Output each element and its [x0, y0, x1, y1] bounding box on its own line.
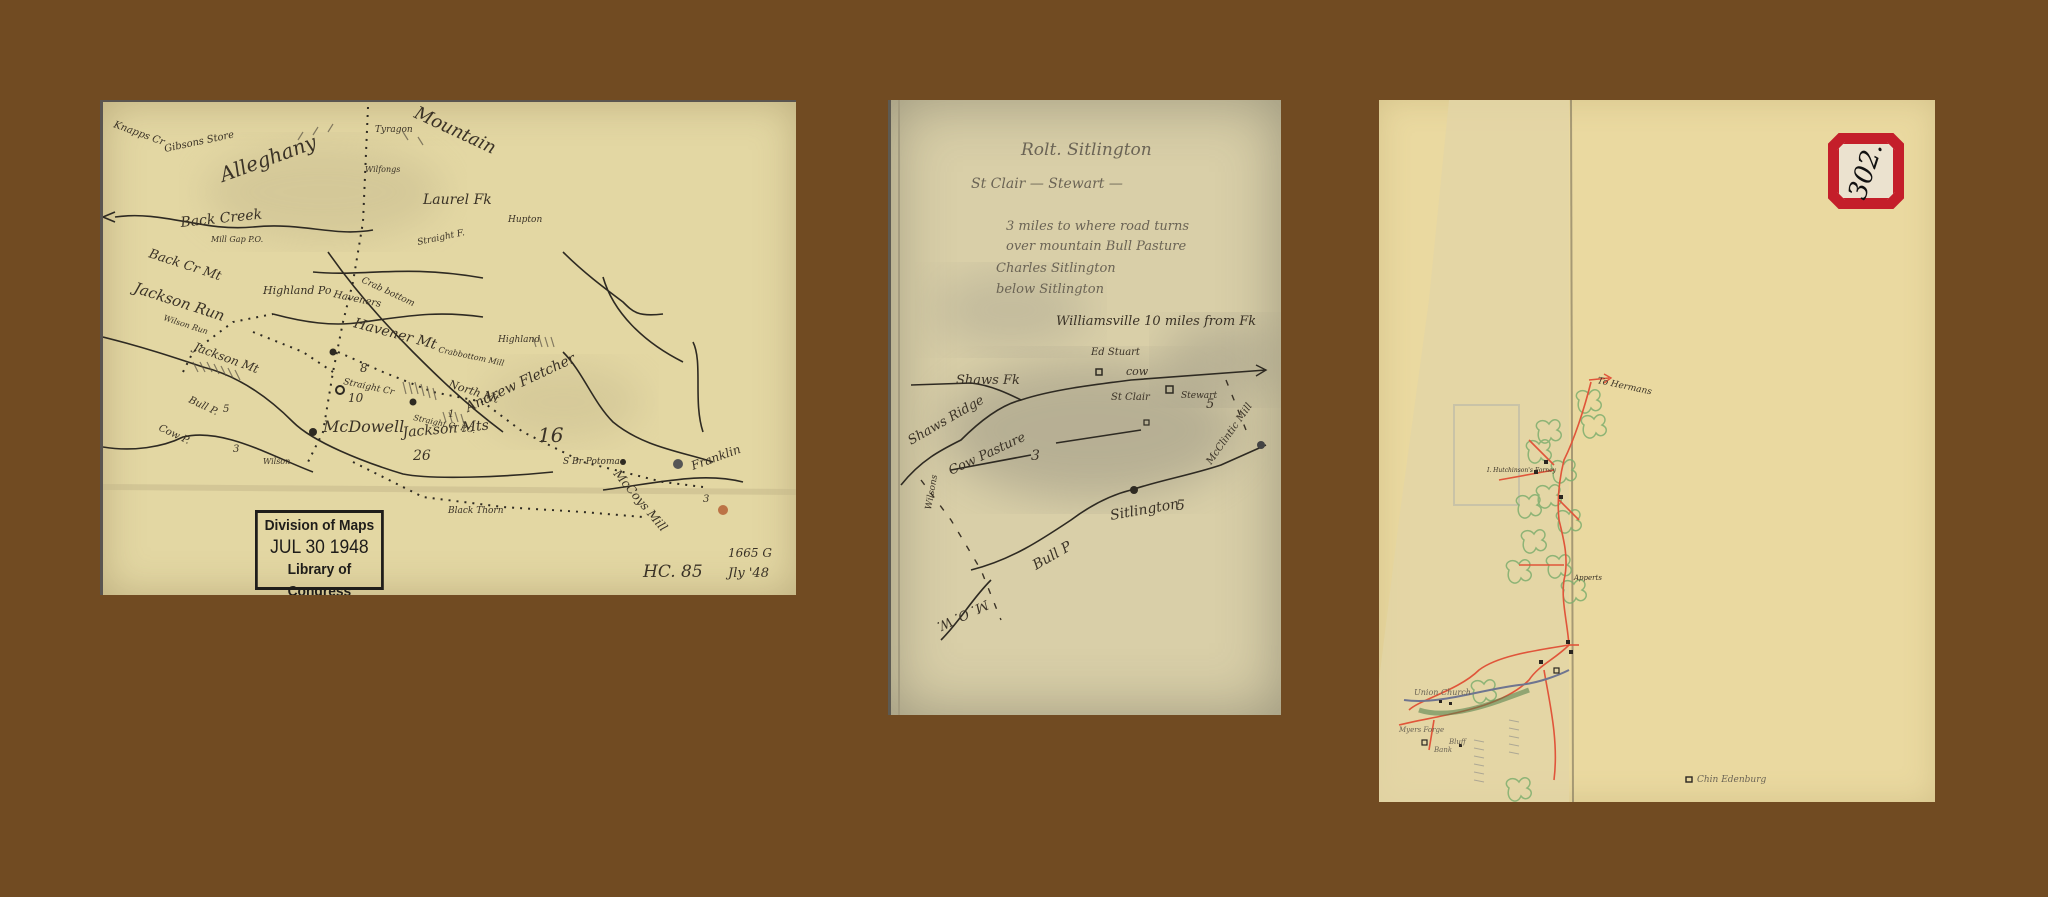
map-label: Cow Pasture	[946, 430, 1028, 479]
map-left-highland-county: Knapps Cr Gibsons Store Alleghany Mounta…	[100, 100, 796, 595]
map-label: Chin Edenburg	[1697, 775, 1767, 785]
map-label: Apperts	[1573, 574, 1602, 582]
map-label: Ed Stuart	[1090, 347, 1141, 358]
map-middle-sitlington-sketch: Rolt. Sitlington St Clair — Stewart — 3 …	[888, 100, 1281, 715]
catalog-date: Jly '48	[725, 566, 769, 581]
map-right-edenburg-sketch: To Hermans I. Hutchinson's Forney Appert…	[1379, 100, 1935, 802]
map-label: Wilsons	[924, 474, 940, 511]
map-label: Bluff	[1448, 738, 1467, 746]
map-label: Shaws Ridge	[906, 393, 988, 449]
map-label: I. Hutchinson's Forney	[1486, 467, 1557, 474]
map-label: cow	[1126, 365, 1149, 378]
catalog-hc: HC. 85	[642, 562, 703, 582]
note-line: St Clair — Stewart —	[971, 176, 1123, 192]
note-line: below Sitlington	[996, 282, 1104, 297]
note-line: Charles Sitlington	[996, 261, 1116, 276]
map-label: Bull P	[1029, 538, 1075, 574]
catalog-label-302: 302.	[1828, 133, 1904, 209]
note-line: Williamsville 10 miles from Fk	[1056, 314, 1256, 329]
map-label: Sitlington	[1109, 496, 1180, 524]
map-label: St Clair	[1111, 392, 1151, 403]
map-label: Union Church	[1414, 688, 1471, 697]
note-title: Rolt. Sitlington	[1020, 140, 1152, 160]
map-label: To Hermans	[1596, 376, 1653, 397]
map-label: Shaws Fk	[956, 373, 1020, 388]
distance-number: 3	[1031, 448, 1040, 464]
note-line: over mountain Bull Pasture	[1006, 239, 1187, 254]
catalog-annotations: HC. 85 1665 G Jly '48	[103, 102, 796, 595]
map-label: M. O. W.	[934, 596, 991, 633]
map-notes: Rolt. Sitlington St Clair — Stewart — 3 …	[891, 100, 1281, 715]
note-line: 3 miles to where road turns	[1006, 219, 1189, 234]
map-label: Bank	[1433, 746, 1452, 754]
map-label: Myers Forge	[1398, 726, 1444, 734]
catalog-number: 1665 G	[728, 546, 772, 560]
distance-number: 5	[1206, 397, 1214, 412]
